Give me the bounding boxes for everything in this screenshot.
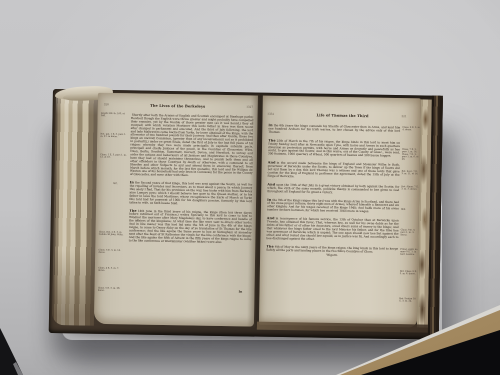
paragraph: Inthe 9th of the kings raigne this lord …: [267, 198, 399, 214]
paragraph: Inthe 6th yeare the kinge comands his Sh…: [268, 124, 400, 137]
right-page: 1332 Life of Thomas the Third 321 Inthe …: [259, 96, 421, 328]
margin-note: 387.: [113, 182, 128, 185]
margin-note: Ibid.: [401, 208, 420, 211]
right-running-head: Life of Thomas the Third: [286, 113, 399, 119]
right-folio-number: 321: [401, 115, 406, 118]
margin-note: Claus. 7 E. 3. pars 1. m. 16. Claus. 7 E…: [402, 148, 421, 161]
paragraph: The6th of May in the ninth yeare of the …: [266, 245, 398, 258]
margin-note: Claus. Rot. 2 E. 3. in Cedula 30 Junii. …: [99, 231, 127, 236]
margin-note: Claus. 3 E. 3. m. 14. dorso.: [98, 249, 126, 254]
margin-note: Privat. sigill. de anno 9 E. 3. in turri…: [400, 248, 419, 256]
photo-of-open-book: 320 The Lives of the Berkeleys 1327 Shor…: [0, 0, 500, 375]
right-text-block: Inthe 6th yeare the kinge comands his Sh…: [266, 124, 400, 259]
margin-note: Rot. Scotiæ 10 E. 3. m. 24.: [399, 297, 418, 302]
right-year-number: 1332: [267, 112, 274, 115]
left-folio-number: 320: [104, 103, 109, 106]
paragraph: The25th of March in the 7th of his raign…: [268, 139, 400, 158]
left-running-head: The Lives of the Berkeleys: [121, 103, 234, 109]
right-page-content: 1332 Life of Thomas the Third 321 Inthe …: [259, 96, 421, 328]
margin-note: Claus. 5 E. 3. m. 28. dorso.: [98, 287, 126, 292]
margin-note: Claus. 4 E. 3. m. 7. dorso.: [98, 267, 126, 272]
right-page-head-row: 1332 Life of Thomas the Third 321: [263, 112, 421, 115]
margin-note: Rot. Almar. 7 E. 3. m. 3. dorso.: [401, 185, 420, 190]
catchword: In: [238, 290, 242, 294]
left-page-head-row: 320 The Lives of the Berkeleys 1327: [98, 103, 258, 106]
left-page-content: 320 The Lives of the Berkeleys 1327 Shor…: [94, 93, 258, 327]
left-page-stack-fore-edge: [52, 91, 98, 326]
paragraph: Andupon the 19th of that July in a great…: [267, 183, 399, 196]
margin-note: Claus. 9 E. 3. pars 1. m. 3. dorso.: [400, 229, 419, 237]
margin-note: Rot. Claus. 9 E. 3. m. 8. dorso.: [400, 270, 419, 275]
left-text-block: Shortly after both the Armies of English…: [129, 113, 254, 244]
open-book: 320 The Lives of the Berkeleys 1327 Shor…: [49, 89, 443, 340]
paragraph: Inthe Second yeare of that kinge, this l…: [129, 181, 252, 207]
left-page: 320 The Lives of the Berkeleys 1327 Shor…: [94, 93, 258, 327]
paragraph: Andin recompence of his famous service, …: [266, 217, 398, 243]
margin-note: Claus. 1 E. 3. pars 1. m. 12. et 16.: [100, 153, 128, 158]
paragraph: Shortly after both the Armies of English…: [130, 113, 254, 178]
paragraph: Andin the accord made betweene the kings…: [267, 161, 399, 180]
paragraph: The14th June in the third yeare of his r…: [129, 209, 252, 244]
margin-note: Rot. pat. 1 E. 3. pars 1. m. 21. in dors…: [100, 133, 128, 138]
margin-note: Smyth MS. fo. 163. et 366.: [101, 112, 129, 117]
closing-word: Wigorn.: [266, 253, 398, 259]
margin-note: Rot. Scoc. 7 E. 3. m. 11. et 16.: [402, 170, 421, 175]
margin-note: Claus. 6 E. 3. m. 4. dorso.: [402, 126, 421, 131]
